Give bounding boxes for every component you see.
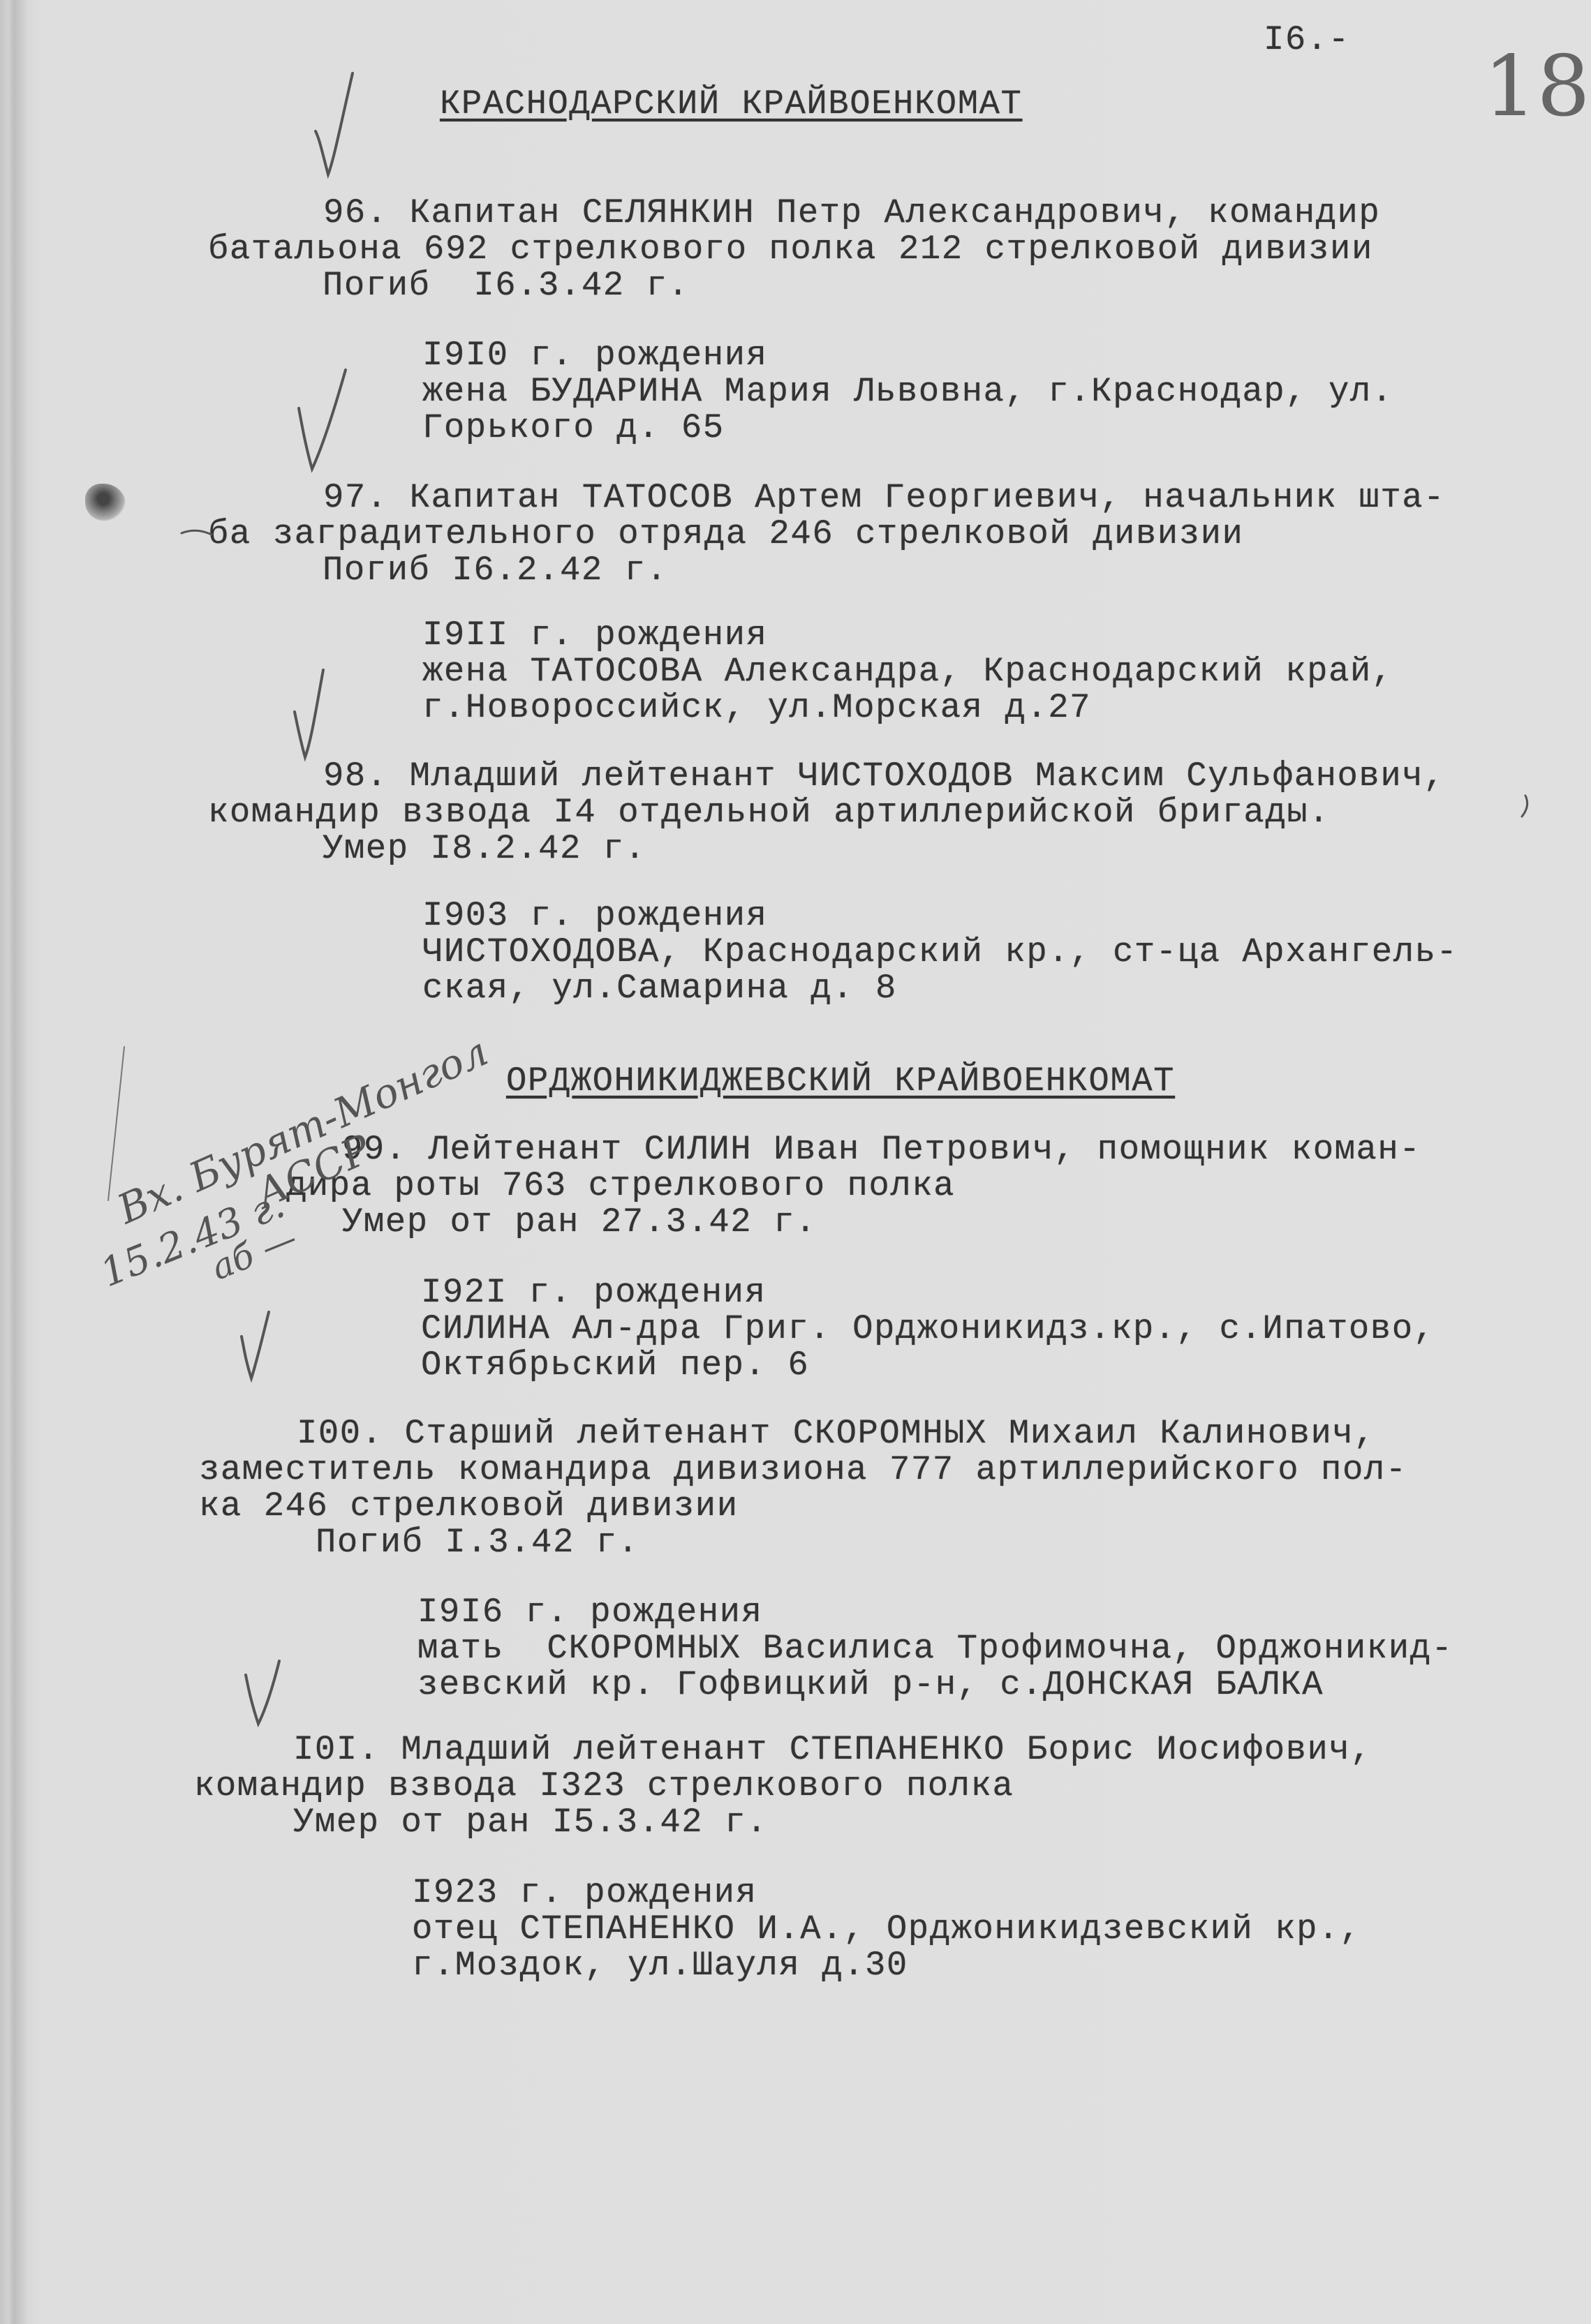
- margin-tick-icon: [1522, 796, 1527, 817]
- checkmark-icon: [242, 1312, 269, 1378]
- checkmark-icon: [316, 73, 353, 174]
- checkmark-icon: [246, 1661, 279, 1724]
- checkmark-icon: [299, 370, 346, 469]
- checkmark-icon: [295, 670, 323, 757]
- pencil-marks: [0, 0, 1591, 2324]
- margin-tick-icon: [108, 1047, 124, 1200]
- document-page: I6.- 18 КРАСНОДАРСКИЙ КРАЙВОЕНКОМАТ 96. …: [0, 0, 1591, 2324]
- margin-dash-icon: [182, 530, 212, 535]
